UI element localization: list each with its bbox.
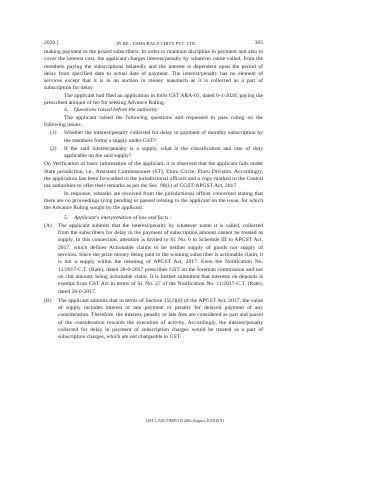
submission-item: (A) The applicant submits that the inter… <box>44 223 263 296</box>
submission-label: (A) <box>44 223 58 296</box>
footer-separator-icon: ◘ <box>180 418 183 423</box>
question-label: (2) <box>50 146 64 161</box>
section-5-number: 5. <box>64 215 74 222</box>
header-page-number: 305 <box>255 40 263 47</box>
question-text: If the said interest/penalty is a supply… <box>64 146 263 161</box>
paragraph-3: The applicant raised the following quest… <box>44 115 263 130</box>
section-5-heading: 5.Applicant's interpretation of law and … <box>44 215 263 222</box>
footer-separator-icon: ◘ <box>216 418 219 423</box>
paragraph-4: On Verification of basic information of … <box>44 161 263 190</box>
section-4-heading: 4.Questions raised before the authority <box>44 107 263 114</box>
question-text: Whether the interest/penalty collected f… <box>64 130 263 145</box>
section-5-title: Applicant's interpretation of law and fa… <box>74 215 172 221</box>
section-4-number: 4. <box>64 107 74 114</box>
header-title: IN RE : USHA BALA CHITS PVT. LTD. <box>116 40 196 47</box>
header-year: 2020 ] <box>44 40 58 47</box>
page-footer: GST LAW TIMES ◘ 20th August 2020 ◘ 91 <box>0 418 370 423</box>
submission-label: (B) <box>44 298 58 342</box>
paragraph-5: In response, remarks are received from t… <box>44 191 263 213</box>
question-item: (1) Whether the interest/penalty collect… <box>50 130 263 145</box>
question-item: (2) If the said interest/penalty is a su… <box>50 146 263 161</box>
footer-date: 20th August 2020 <box>184 418 215 423</box>
paragraph-1: making payment to the prized subscribers… <box>44 49 263 93</box>
submission-item: (B) The applicant submits that in terms … <box>44 298 263 342</box>
question-label: (1) <box>50 130 64 145</box>
document-page: 2020 ] IN RE : USHA BALA CHITS PVT. LTD.… <box>44 40 263 343</box>
submission-text: The applicant submits that the interest/… <box>58 223 263 296</box>
submission-text: The applicant submits that in terms of S… <box>58 298 263 342</box>
paragraph-2: The applicant had filed an application i… <box>44 93 263 108</box>
footer-issue-page: 91 <box>220 418 224 423</box>
section-4-title: Questions raised before the authority <box>74 107 157 113</box>
running-header: 2020 ] IN RE : USHA BALA CHITS PVT. LTD.… <box>44 40 263 47</box>
footer-publication: GST LAW TIMES <box>146 418 179 423</box>
